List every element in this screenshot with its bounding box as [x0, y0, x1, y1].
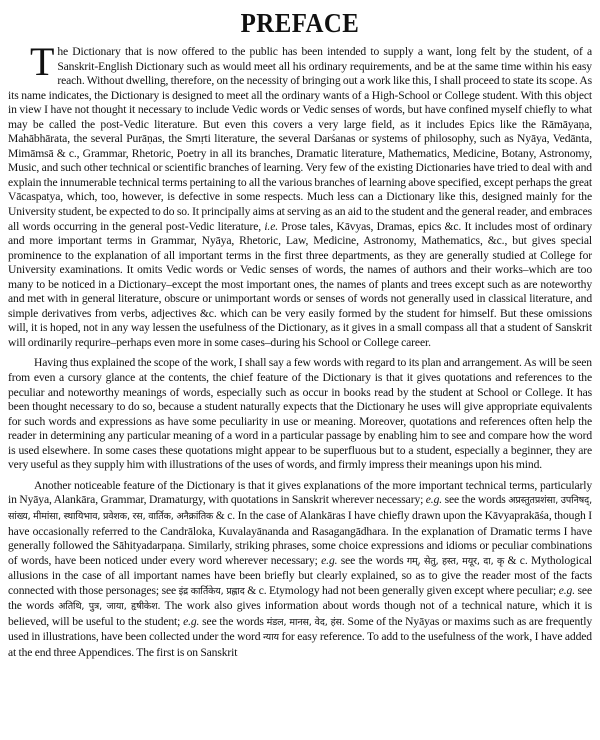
sanskrit-term-nyaya: न्याय — [263, 632, 279, 643]
italic-eg: e.g. — [559, 584, 575, 597]
sanskrit-terms: अतिथि, पुत्र, जाया, हृषीकेश. — [58, 601, 160, 612]
paragraph-3: Another noticeable feature of the Dictio… — [8, 479, 592, 661]
italic-ie: i.e. — [264, 220, 278, 233]
page-title: PREFACE — [31, 6, 568, 40]
book-page: PREFACE The Dictionary that is now offer… — [0, 0, 600, 740]
italic-eg: e.g. — [321, 554, 337, 567]
paragraph-2-text: Having thus explained the scope of the w… — [8, 356, 592, 471]
italic-eg: e.g. — [426, 493, 442, 506]
sanskrit-terms: गम्, सेतु, हस्त, मयूर, दा, कृ — [407, 556, 504, 567]
sanskrit-terms: इंद्र कार्तिकेय, प्रह्लाद — [179, 586, 245, 597]
paragraph-1-text: he Dictionary that is now offered to the… — [8, 45, 592, 233]
italic-eg: e.g. — [183, 615, 199, 628]
paragraph-3-text: see the words — [337, 554, 406, 567]
sanskrit-terms: मंडल, मानस, वेद, हंस. — [267, 617, 345, 628]
paragraph-3-text: see the words — [199, 615, 266, 628]
paragraph-3-text: & c. Etymology had not been generally gi… — [245, 584, 559, 597]
drop-cap: T — [30, 47, 54, 77]
paragraph-1: The Dictionary that is now offered to th… — [8, 45, 592, 350]
paragraph-1-text-cont: Prose tales, Kāvyas, Dramas, epics &c. I… — [8, 220, 592, 349]
paragraph-3-text: see the words — [442, 493, 508, 506]
paragraph-2: Having thus explained the scope of the w… — [8, 356, 592, 472]
